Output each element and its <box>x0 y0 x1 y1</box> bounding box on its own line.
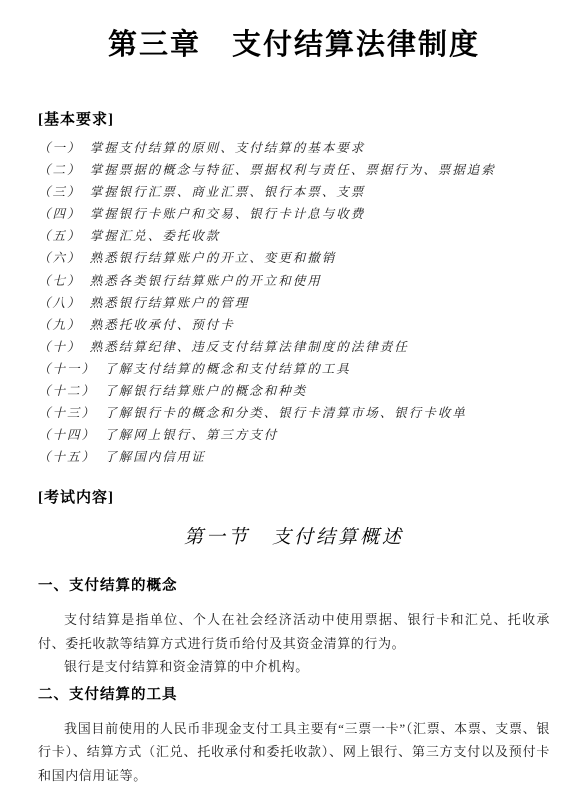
requirement-item-10: （十） 熟悉结算纪律、违反支付结算法律制度的法律责任 <box>38 336 550 358</box>
requirement-item-5: （五） 掌握汇兑、委托收款 <box>38 225 550 247</box>
subsection-1-heading: 一、支付结算的概念 <box>38 576 550 597</box>
requirement-item-1: （一） 掌握支付结算的原则、支付结算的基本要求 <box>38 137 550 159</box>
requirement-item-9: （九） 熟悉托收承付、预付卡 <box>38 314 550 336</box>
subsection-payment-concept: 一、支付结算的概念 支付结算是指单位、个人在社会经济活动中使用票据、银行卡和汇兑… <box>38 576 550 679</box>
requirement-item-6: （六） 熟悉银行结算账户的开立、变更和撤销 <box>38 247 550 269</box>
chapter-title: 第三章 支付结算法律制度 <box>38 26 550 64</box>
requirement-item-15: （十五） 了解国内信用证 <box>38 446 550 468</box>
basic-requirements-list: （一） 掌握支付结算的原则、支付结算的基本要求 （二） 掌握票据的概念与特征、票… <box>38 137 550 468</box>
requirement-item-8: （八） 熟悉银行结算账户的管理 <box>38 292 550 314</box>
requirement-item-12: （十二） 了解银行结算账户的概念和种类 <box>38 380 550 402</box>
requirement-item-2: （二） 掌握票据的概念与特征、票据权利与责任、票据行为、票据追索 <box>38 159 550 181</box>
requirement-item-7: （七） 熟悉各类银行结算账户的开立和使用 <box>38 270 550 292</box>
subsection-2-heading: 二、支付结算的工具 <box>38 685 550 706</box>
requirement-item-14: （十四） 了解网上银行、第三方支付 <box>38 424 550 446</box>
requirement-item-11: （十一） 了解支付结算的概念和支付结算的工具 <box>38 358 550 380</box>
subsection-payment-tools: 二、支付结算的工具 我国目前使用的人民币非现金支付工具主要有“三票一卡”（汇票、… <box>38 685 550 788</box>
document-page: 第三章 支付结算法律制度 [基本要求] （一） 掌握支付结算的原则、支付结算的基… <box>0 0 580 798</box>
section-title: 第一节 支付结算概述 <box>38 524 550 552</box>
requirement-item-4: （四） 掌握银行卡账户和交易、银行卡计息与收费 <box>38 203 550 225</box>
exam-content-heading: [考试内容] <box>38 488 550 508</box>
subsection-1-paragraph-1: 支付结算是指单位、个人在社会经济活动中使用票据、银行卡和汇兑、托收承付、委托收款… <box>38 608 550 655</box>
subsection-1-paragraph-2: 银行是支付结算和资金清算的中介机构。 <box>38 655 550 679</box>
requirement-item-3: （三） 掌握银行汇票、商业汇票、银行本票、支票 <box>38 181 550 203</box>
basic-requirements-heading: [基本要求] <box>38 110 550 130</box>
requirement-item-13: （十三） 了解银行卡的概念和分类、银行卡清算市场、银行卡收单 <box>38 402 550 424</box>
subsection-2-paragraph-1: 我国目前使用的人民币非现金支付工具主要有“三票一卡”（汇票、本票、支票、银行卡）… <box>38 717 550 788</box>
